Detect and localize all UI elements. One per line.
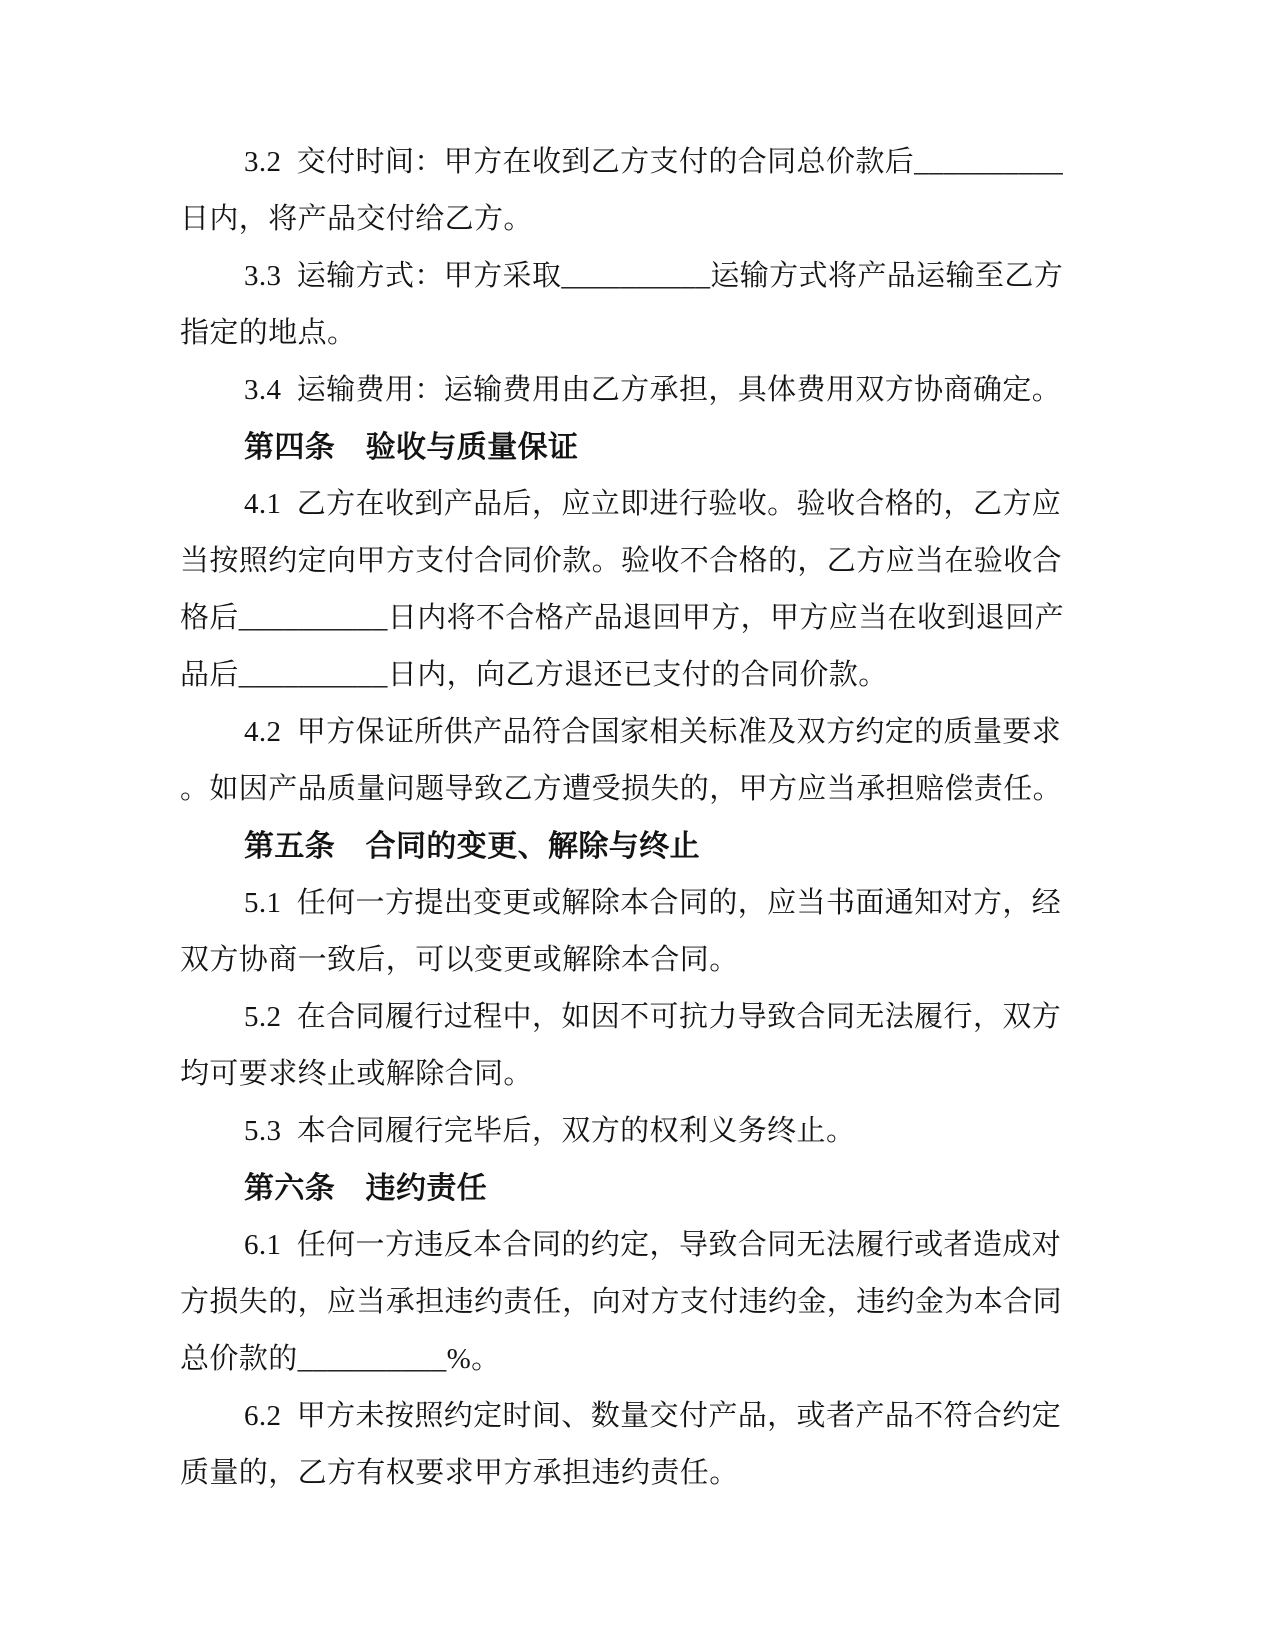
document-body: 3.2 交付时间：甲方在收到乙方支付的合同总价款后__________日内，将产… bbox=[0, 0, 1275, 1502]
paragraph-line: 指定的地点。 bbox=[180, 305, 1275, 362]
paragraph-line: 总价款的__________%。 bbox=[180, 1331, 1275, 1388]
paragraph-line: 双方协商一致后，可以变更或解除本合同。 bbox=[180, 932, 1275, 989]
paragraph-line: 格后__________日内将不合格产品退回甲方，甲方应当在收到退回产 bbox=[180, 590, 1275, 647]
contract-page: 3.2 交付时间：甲方在收到乙方支付的合同总价款后__________日内，将产… bbox=[0, 0, 1275, 1650]
section-heading: 第五条 合同的变更、解除与终止 bbox=[180, 818, 1275, 875]
paragraph-line: 品后__________日内，向乙方退还已支付的合同价款。 bbox=[180, 647, 1275, 704]
section-heading: 第四条 验收与质量保证 bbox=[180, 419, 1275, 476]
paragraph-line: 4.2 甲方保证所供产品符合国家相关标准及双方约定的质量要求 bbox=[180, 704, 1275, 761]
paragraph-line: 5.1 任何一方提出变更或解除本合同的，应当书面通知对方，经 bbox=[180, 875, 1275, 932]
paragraph-line: 6.1 任何一方违反本合同的约定，导致合同无法履行或者造成对 bbox=[180, 1217, 1275, 1274]
paragraph-line: 质量的，乙方有权要求甲方承担违约责任。 bbox=[180, 1445, 1275, 1502]
paragraph-line: 5.3 本合同履行完毕后，双方的权利义务终止。 bbox=[180, 1103, 1275, 1160]
paragraph-line: 4.1 乙方在收到产品后，应立即进行验收。验收合格的，乙方应 bbox=[180, 476, 1275, 533]
paragraph-line: 均可要求终止或解除合同。 bbox=[180, 1046, 1275, 1103]
paragraph-line: 。如因产品质量问题导致乙方遭受损失的，甲方应当承担赔偿责任。 bbox=[180, 761, 1275, 818]
paragraph-line: 3.3 运输方式：甲方采取__________运输方式将产品运输至乙方 bbox=[180, 248, 1275, 305]
section-heading: 第六条 违约责任 bbox=[180, 1160, 1275, 1217]
paragraph-line: 3.2 交付时间：甲方在收到乙方支付的合同总价款后__________ bbox=[180, 134, 1275, 191]
paragraph-line: 日内，将产品交付给乙方。 bbox=[180, 191, 1275, 248]
paragraph-line: 3.4 运输费用：运输费用由乙方承担，具体费用双方协商确定。 bbox=[180, 362, 1275, 419]
paragraph-line: 方损失的，应当承担违约责任，向对方支付违约金，违约金为本合同 bbox=[180, 1274, 1275, 1331]
paragraph-line: 6.2 甲方未按照约定时间、数量交付产品，或者产品不符合约定 bbox=[180, 1388, 1275, 1445]
paragraph-line: 当按照约定向甲方支付合同价款。验收不合格的，乙方应当在验收合 bbox=[180, 533, 1275, 590]
paragraph-line: 5.2 在合同履行过程中，如因不可抗力导致合同无法履行，双方 bbox=[180, 989, 1275, 1046]
